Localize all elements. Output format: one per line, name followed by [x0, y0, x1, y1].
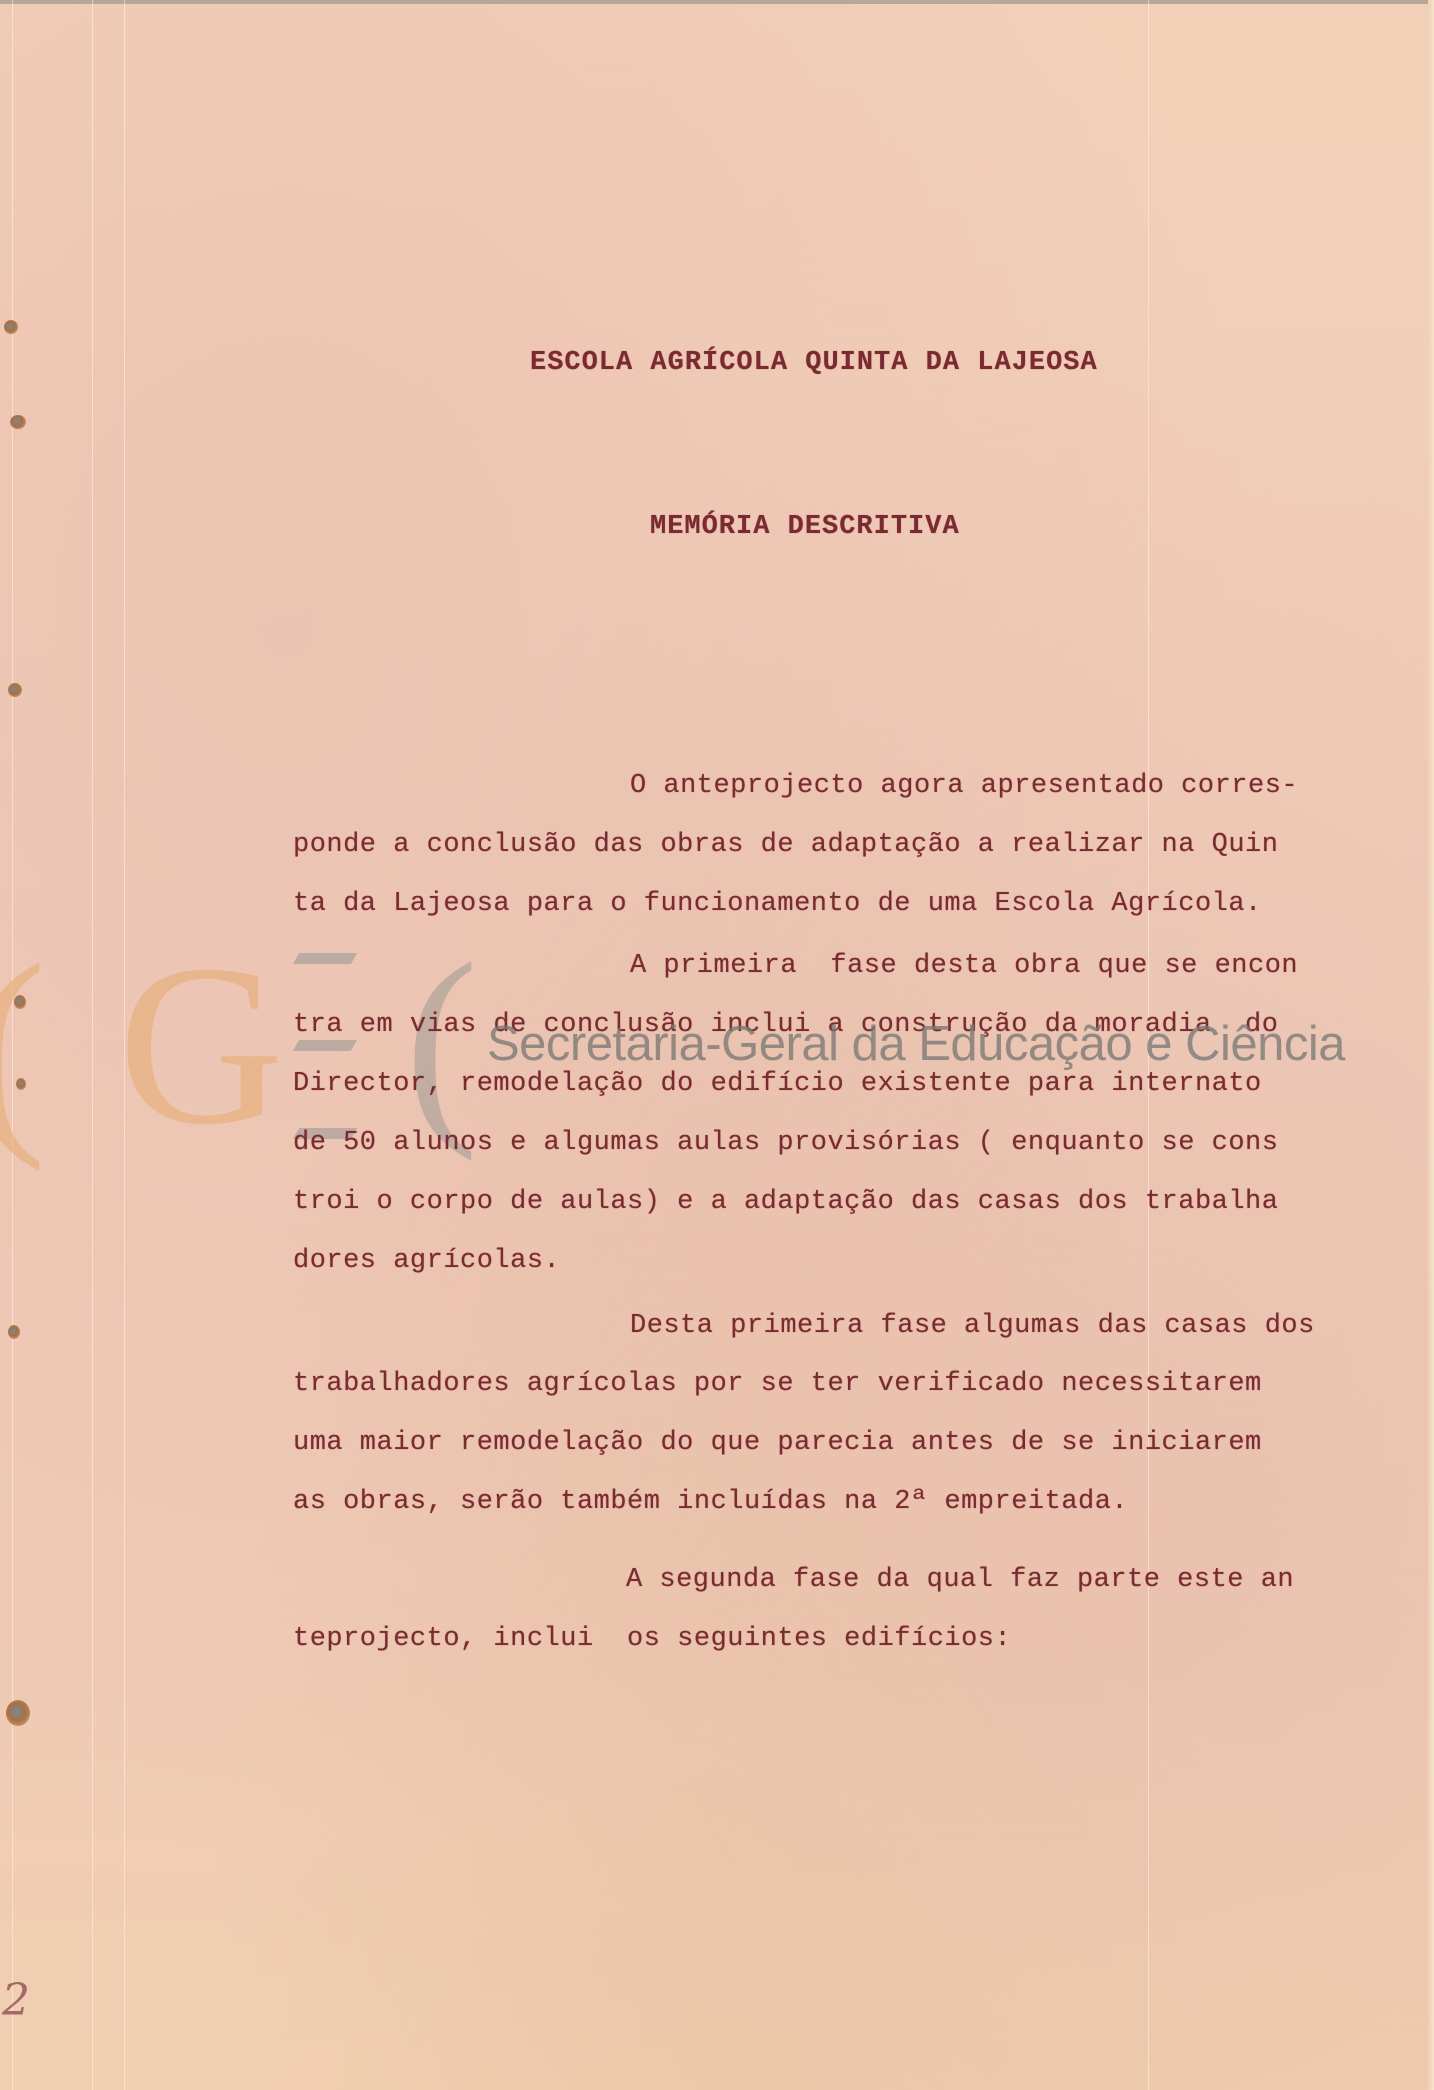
handwritten-page-number: 2	[2, 1975, 30, 2026]
text-line: trabalhadores agrícolas por se ter verif…	[293, 1369, 1262, 1399]
scan-right-edge	[1428, 0, 1434, 2090]
document-subtitle: MEMÓRIA DESCRITIVA	[650, 512, 960, 542]
scanned-page: ( G ( ESCOLA AGRÍCOLA QUINTA DA LAJEOSA …	[0, 0, 1434, 2090]
text-line: Director, remodelação do edifício existe…	[293, 1069, 1262, 1099]
punch-hole-mark	[6, 1700, 30, 1726]
punch-hole-mark	[10, 415, 26, 429]
fold-line	[92, 0, 93, 2090]
document-title: ESCOLA AGRÍCOLA QUINTA DA LAJEOSA	[530, 348, 1098, 378]
text-line: A primeira fase desta obra que se encon	[630, 951, 1298, 981]
text-line: de 50 alunos e algumas aulas provisórias…	[293, 1128, 1278, 1158]
text-line: dores agrícolas.	[293, 1246, 560, 1276]
punch-hole-mark	[4, 320, 18, 334]
punch-hole-mark	[8, 1325, 20, 1339]
watermark-logo-s: (	[0, 930, 47, 1160]
watermark-logo-bar	[293, 953, 357, 964]
scan-top-edge	[0, 0, 1434, 4]
punch-hole-mark	[8, 683, 22, 697]
text-line: as obras, serão também incluídas na 2ª e…	[293, 1487, 1128, 1517]
watermark-logo-g: G	[118, 930, 284, 1160]
text-line: ponde a conclusão das obras de adaptação…	[293, 830, 1278, 860]
watermark-text: Secretaria-Geral da Educação e Ciência	[487, 1016, 1345, 1072]
text-line: ta da Lajeosa para o funcionamento de um…	[293, 889, 1262, 919]
text-line: O anteprojecto agora apresentado corres-	[630, 771, 1298, 801]
text-line: uma maior remodelação do que parecia ant…	[293, 1428, 1262, 1458]
text-line: troi o corpo de aulas) e a adaptação das…	[293, 1187, 1278, 1217]
text-line-content: ponde a conclusão das obras de adaptação…	[293, 830, 1278, 860]
watermark-logo-bar	[293, 1040, 357, 1051]
watermark-logo-c: (	[405, 930, 478, 1150]
text-line: teprojecto, inclui os seguintes edifício…	[293, 1624, 1011, 1654]
text-line: A segunda fase da qual faz parte este an	[626, 1565, 1294, 1595]
text-line: Desta primeira fase algumas das casas do…	[630, 1311, 1315, 1341]
